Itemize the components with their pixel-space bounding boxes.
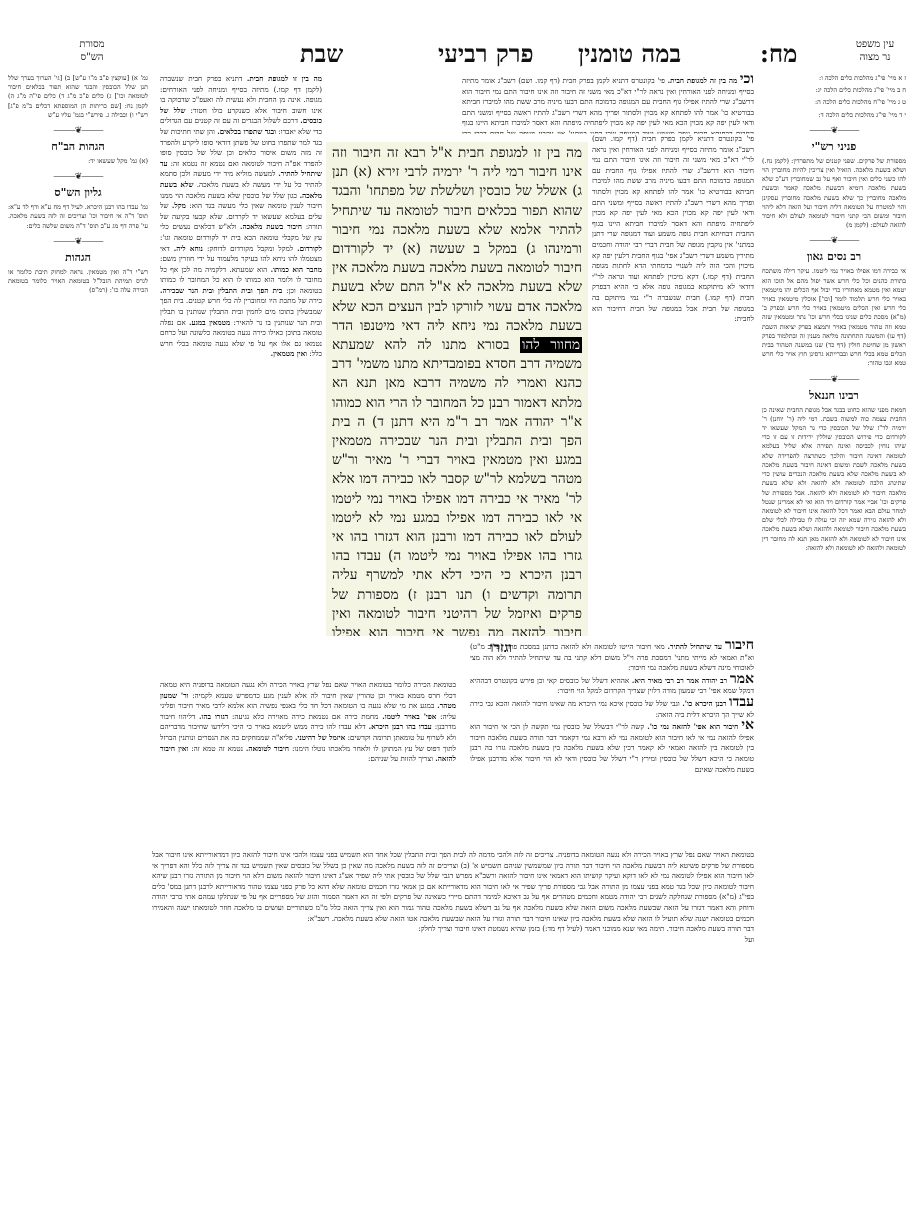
rav-nissim-gaon-text: אי כבירה דמו אפילו באויר נמי ליטמו. עיקר… <box>762 267 906 368</box>
hagahot-habach-title: הגהות הב"ח <box>8 139 148 155</box>
rabbeinu-chananel-section: רבינו חננאל חמאת מפני שהוא כחוט בבגד אבל… <box>762 388 906 553</box>
tosafot-footer-block: בטומאת האויר שאם נפל שרץ באויר הכירה ולא… <box>152 850 754 1090</box>
ornament-divider-icon: ⸻❦⸻ <box>762 126 906 136</box>
gemara-tail-word: וגזרו <box>490 640 512 656</box>
tosafot-top-block: וכי מה בין זה למגופת חבית. פי' בקונטרס ד… <box>462 74 754 134</box>
gemara-main-text: מה בין זו למגופת חבית א"ל רבא זה חיבור ו… <box>326 142 588 636</box>
rashi-lower-block: בטומאת הכירה כלומר בטומאת האויר שאם נפל … <box>160 680 456 850</box>
masoret-title-1: מסורת <box>62 38 122 51</box>
tosafot-dibur-hamatchil: מה בין זה למגופת חבית. <box>668 76 738 85</box>
tractate-name: שבת <box>300 40 343 68</box>
tosafot-column: פי' בקונטרס דתניא לקמן בפרק חבית (דף קמו… <box>592 134 754 640</box>
tosafot-dh-avdu: עבדו <box>729 694 754 710</box>
pninei-rashi-title: פניני רש"י <box>762 139 906 155</box>
gilyon-hashas-text: גמ' עבדו בהו רבנן היכרא. לעיל דף מח ע"א … <box>8 203 148 231</box>
ein-mishpat-title-2: נר מצוה <box>840 51 910 64</box>
tosafot-continued: פי' בקונטרס דתניא לקמן בפרק חבית (דף קמו… <box>592 134 754 325</box>
ein-mishpat-entry: ז א מיי' פי"ג מהלכות כלים הלכה ו: <box>762 74 906 83</box>
rav-nissim-gaon-title: רב נסים גאון <box>762 249 906 265</box>
masoret-hashas-text: גמ' א) [עוקצין פ"ב מ"ו ע"ש] ב) [גי' הערו… <box>8 74 148 120</box>
masoret-hashas-heading: מסורת הש"ס <box>62 38 122 64</box>
hagahot-text: רש"י ד"ה ואין מטמאין. נראה למחוק תיבת כל… <box>8 268 148 296</box>
ornament-divider-icon: ⸻❦⸻ <box>762 375 906 385</box>
tosafot-lead-word: וכי <box>740 74 754 87</box>
gilyon-hashas-title: גליון הש"ס <box>8 185 148 201</box>
ein-mishpat-section: ז א מיי' פי"ג מהלכות כלים הלכה ו: ח ב מי… <box>762 74 906 120</box>
rabbeinu-chananel-title: רבינו חננאל <box>762 388 906 404</box>
ein-mishpat-entry: ח ב מיי' פי"ג מהלכות כלים הלכה יג: <box>762 86 906 95</box>
perek-label: פרק רביעי <box>438 40 534 68</box>
pninei-rashi-text: מספורת של פרקים. שפני קטנים של מתפרדין: … <box>762 157 906 231</box>
pninei-rashi-section: פניני רש"י מספורת של פרקים. שפני קטנים ש… <box>762 139 906 231</box>
ein-mishpat-entry: י ד מיי' פי"ג מהלכות כלים הלכה ד: <box>762 111 906 120</box>
ornament-divider-icon: ⸻❦⸻ <box>8 172 148 182</box>
rabbeinu-chananel-text: חמאת מפני שהוא כחוט בבגד אבל מגופת החבית… <box>762 406 906 553</box>
rashi-dibur-hamatchil: מה בין זו למגופת חבית. <box>247 74 322 83</box>
ornament-divider-icon: ⸻❦⸻ <box>762 236 906 246</box>
ornament-divider-icon: ⸻❦⸻ <box>8 126 148 136</box>
masoret-title-2: הש"ס <box>62 51 122 64</box>
chapter-name: במה טומנין <box>578 40 681 68</box>
left-margin-column: גמ' א) [עוקצין פ"ב מ"ו ע"ש] ב) [גי' הערו… <box>8 74 148 494</box>
hagahot-habach-text: (א) גמ' מקל שעשאו יד: <box>8 157 148 166</box>
tosafot-dh-chibur: חיבור <box>725 640 754 653</box>
ornament-divider-icon: ⸻❦⸻ <box>8 237 148 247</box>
tosafot-footer-text: בטומאת האויר שאם נפל שרץ באויר הכירה ולא… <box>152 850 754 924</box>
catchword: ועל <box>134 935 754 946</box>
daf-number: מח: <box>760 40 797 68</box>
rav-nissim-gaon-section: רב נסים גאון אי כבירה דמו אפילו באויר נמ… <box>762 249 906 368</box>
highlighted-phrase[interactable]: מחוור להו <box>520 337 582 353</box>
ein-mishpat-entry: ט ג מיי' פי"ח מהלכות כלים הלכה ה: <box>762 98 906 107</box>
tosafot-dh-davar: דבר <box>744 924 754 933</box>
ein-mishpat-heading: עין משפט נר מצוה <box>840 38 910 64</box>
hagahot-title: הגהות <box>8 250 148 266</box>
tosafot-dh-amar: אמר <box>730 671 754 687</box>
tosafot-dh-ee: אי <box>741 717 754 733</box>
rashi-column: מה בין זו למגופת חבית. דתניא בפרק חבית ש… <box>160 74 322 680</box>
right-margin-column: ז א מיי' פי"ג מהלכות כלים הלכה ו: ח ב מי… <box>762 74 906 1084</box>
ein-mishpat-title-1: עין משפט <box>840 38 910 51</box>
gemara-text-after: בסורא מתנו לה להא שמעתא משמיה דרב חסדא ב… <box>332 337 582 636</box>
gemara-text-before: מה בין זו למגופת חבית א"ל רבא זה חיבור ו… <box>332 145 582 334</box>
tosafot-lower-block: חיבור עד שיתחיל להתיר. מאי חיבור הייטו ל… <box>470 640 754 850</box>
